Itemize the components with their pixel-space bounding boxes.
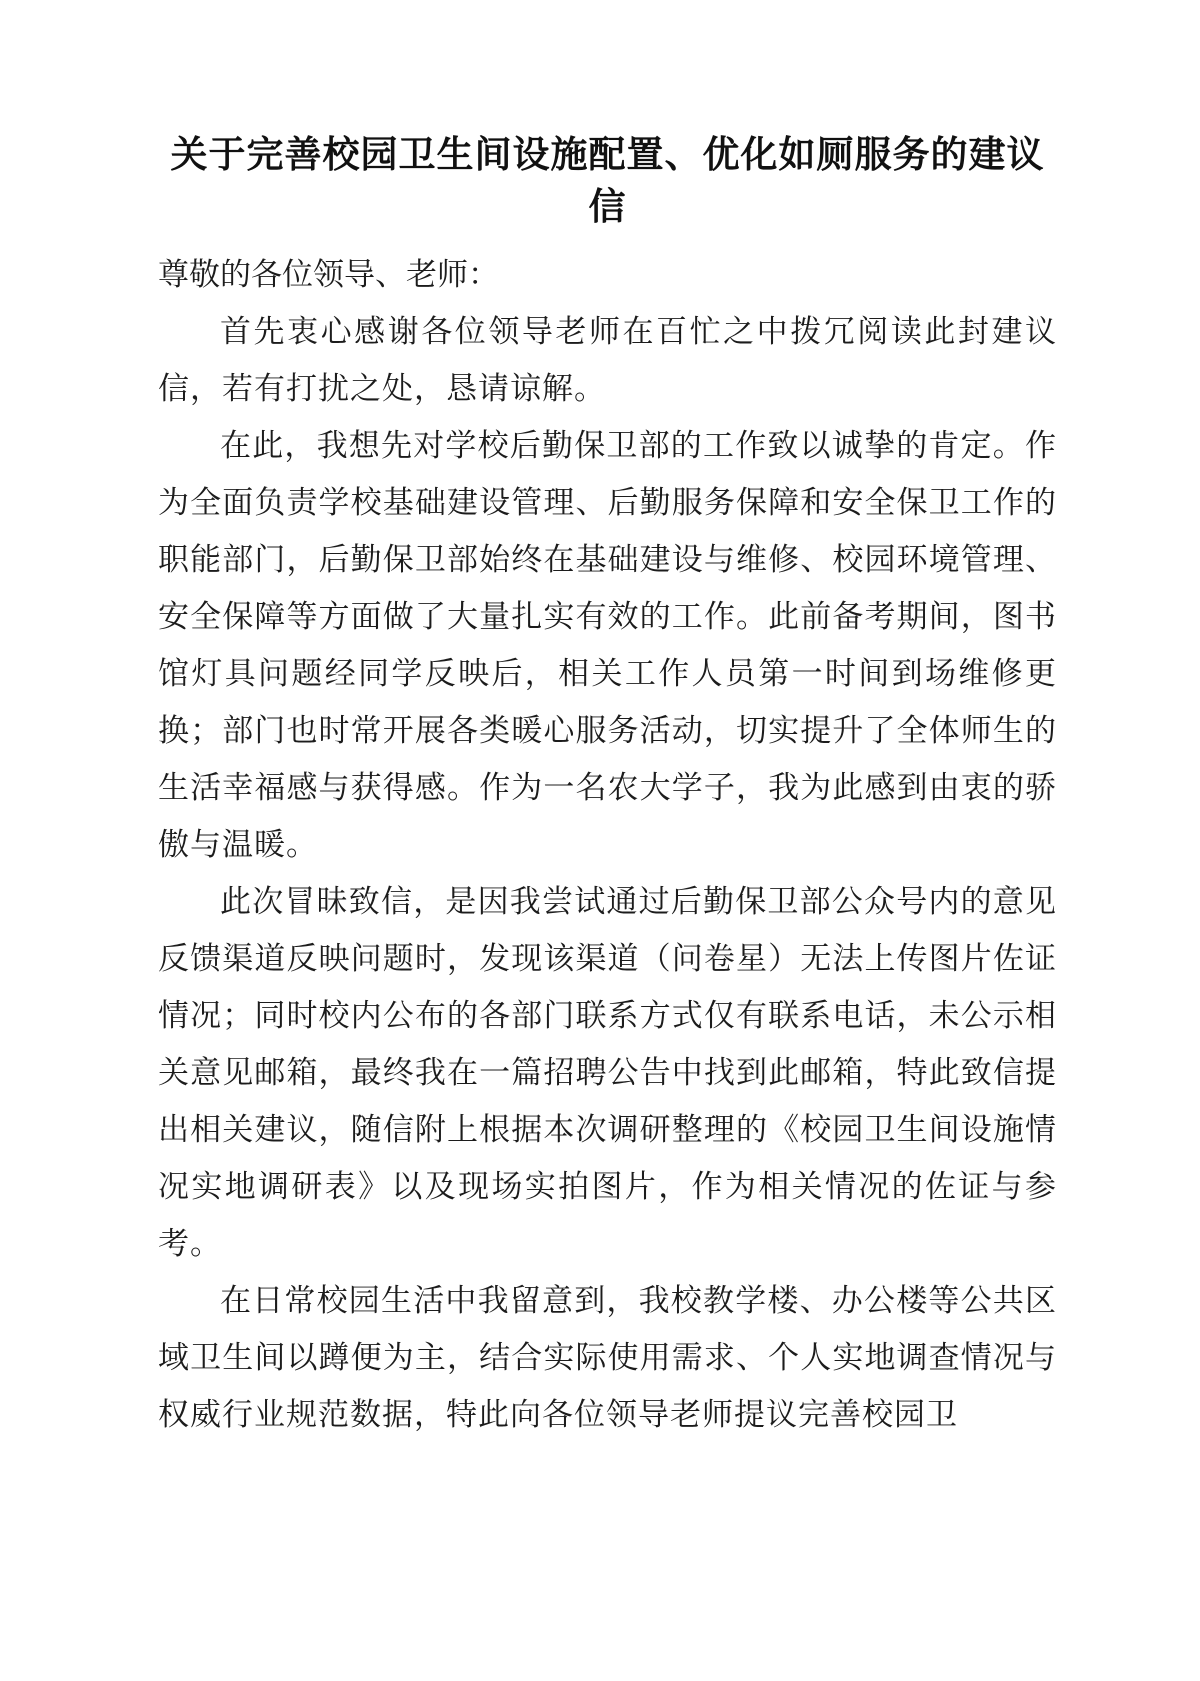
paragraph-observation: 在日常校园生活中我留意到，我校教学楼、办公楼等公共区域卫生间以蹲便为主，结合实际…	[158, 1272, 1057, 1443]
paragraph-thanks: 首先衷心感谢各位领导老师在百忙之中拨冗阅读此封建议信，若有打扰之处，恳请谅解。	[158, 303, 1057, 417]
document-title: 关于完善校园卫生间设施配置、优化如厕服务的建议信	[158, 130, 1057, 234]
paragraph-reason-for-letter: 此次冒昧致信，是因我尝试通过后勤保卫部公众号内的意见反馈渠道反映问题时，发现该渠…	[158, 873, 1057, 1272]
document-page: 关于完善校园卫生间设施配置、优化如厕服务的建议信 尊敬的各位领导、老师： 首先衷…	[0, 0, 1200, 1681]
paragraph-affirmation: 在此，我想先对学校后勤保卫部的工作致以诚挚的肯定。作为全面负责学校基础建设管理、…	[158, 417, 1057, 873]
document-content: 关于完善校园卫生间设施配置、优化如厕服务的建议信 尊敬的各位领导、老师： 首先衷…	[158, 130, 1057, 1443]
salutation-line: 尊敬的各位领导、老师：	[158, 246, 1057, 303]
